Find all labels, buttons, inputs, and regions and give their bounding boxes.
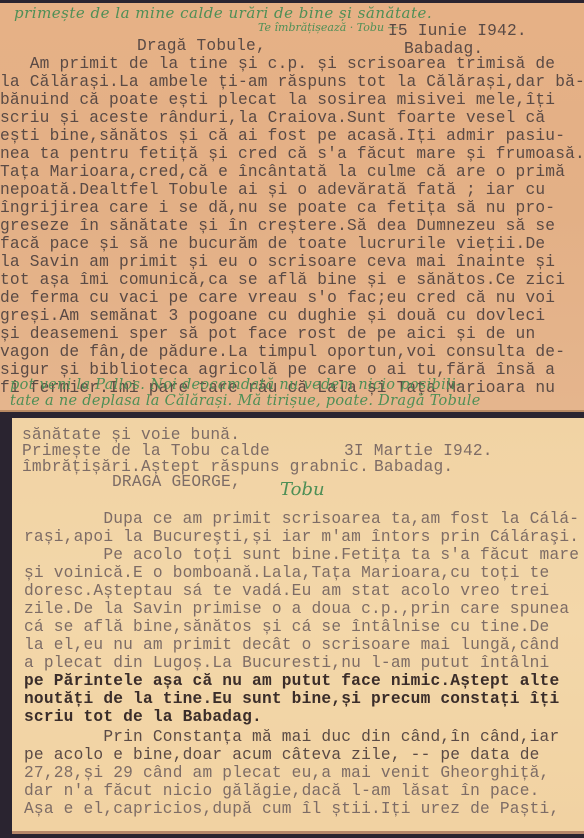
body-line: ești bine,sănătos și că ai fost pe acasă… [0,127,565,145]
body-line: îngrijirea care i se dă,nu se poate ca f… [0,199,555,217]
body-line: nea ta pentru fetiță și cred că s'a făcu… [0,145,584,163]
body-line: Pe acolo toți sunt bine.Fetița ta s'a fă… [24,546,579,564]
body-line: Dupa ce am primit scrisoarea ta,am fost … [24,510,579,528]
letter-salutation: DRAGA GEORGE, [112,473,241,491]
body-line: Tața Marioara,cred,că e încântată la cul… [0,163,565,181]
body-line: greși.Am semănat 3 pogoane cu dughie și … [0,307,545,325]
body-line: facă pace și să ne bucurăm de toate lucr… [0,235,545,253]
body-line: de ferma cu vaci pe care vreau s'o fac;e… [0,289,555,307]
body-line: 27,28,și 29 când am plecat eu,a mai veni… [24,764,549,782]
body-line: la Savin am primit și eu o scrisoare cev… [0,253,555,271]
body-line: și deasemeni sper să pot face rost de pe… [0,325,535,343]
body-line: scriu tot de la Babadag. [24,708,262,726]
body-line: vagon de fân,de pădure.La timpul oportun… [0,343,565,361]
body-line: cá se află bine,sănătos și cá se întâlni… [24,618,549,636]
body-line: Prin Constanța mă mai duc din când,în câ… [24,728,559,746]
body-line: nepoată.Dealtfel Tobule ai și o adevărat… [0,181,545,199]
handwritten-note-top: primește de la mine calde urări de bine … [14,5,432,21]
body-line: la Călărași.La ambele ți-am răspuns tot … [0,73,584,91]
body-line: noutăți de la tine.Eu sunt bine,și precu… [24,690,559,708]
letter-place: Babadag. [374,458,453,476]
body-line: pe Părintele așa că nu am putut face nim… [24,672,559,690]
body-line: și voinică.E o bomboană.Lala,Tața Marioa… [24,564,549,582]
body-line: doresc.Așteptau sá te vadá.Eu am stat ac… [24,582,549,600]
body-line: Așa e el,capricios,după cum îl știi.Iți … [24,800,559,818]
letter-date: I5 Iunie I942. [388,22,527,40]
handwritten-signature: Tobu [280,482,325,498]
handwritten-note-salutation: Te îmbrățișează · Tobu — [258,20,399,36]
body-line: greseze în sănătate și în creștere.Să de… [0,217,555,235]
postcard-bottom: sănătate și voie bună. Primește de la To… [12,418,584,834]
letter-salutation: Dragă Tobule, [137,37,266,55]
body-line: pe acolo e bine,doar acum câteva zile, -… [24,746,540,764]
body-line: rași,apoi la Bucureşti,și iar m'am întor… [24,528,579,546]
body-line: bănuind că poate ești plecat la sosirea … [0,91,555,109]
body-line: scriu și aceste rânduri,la Craiova.Sunt … [0,109,545,127]
body-line: Am primit de la tine și c.p. și scrisoar… [0,55,555,73]
body-line: a plecat din Lugoș.La Bucuresti,nu l-am … [24,654,549,672]
handwritten-note-bottom: pot veni la Pallos. Noi deocamdată nu ve… [10,377,461,393]
body-line: zile.De la Savin primise o a doua c.p.,p… [24,600,569,618]
handwritten-note-bottom: tate a ne deplasa la Călărași. Mă tirișu… [10,393,481,409]
body-line: tot așa îmi comunică,ca se află bine și … [0,271,565,289]
body-line: la el,eu nu am primit decât o scrisoare … [24,636,559,654]
body-line: dar n'a făcut nicio gălăgie,dacă l-am lă… [24,782,540,800]
postcard-top: primește de la mine calde urări de bine … [0,3,584,412]
